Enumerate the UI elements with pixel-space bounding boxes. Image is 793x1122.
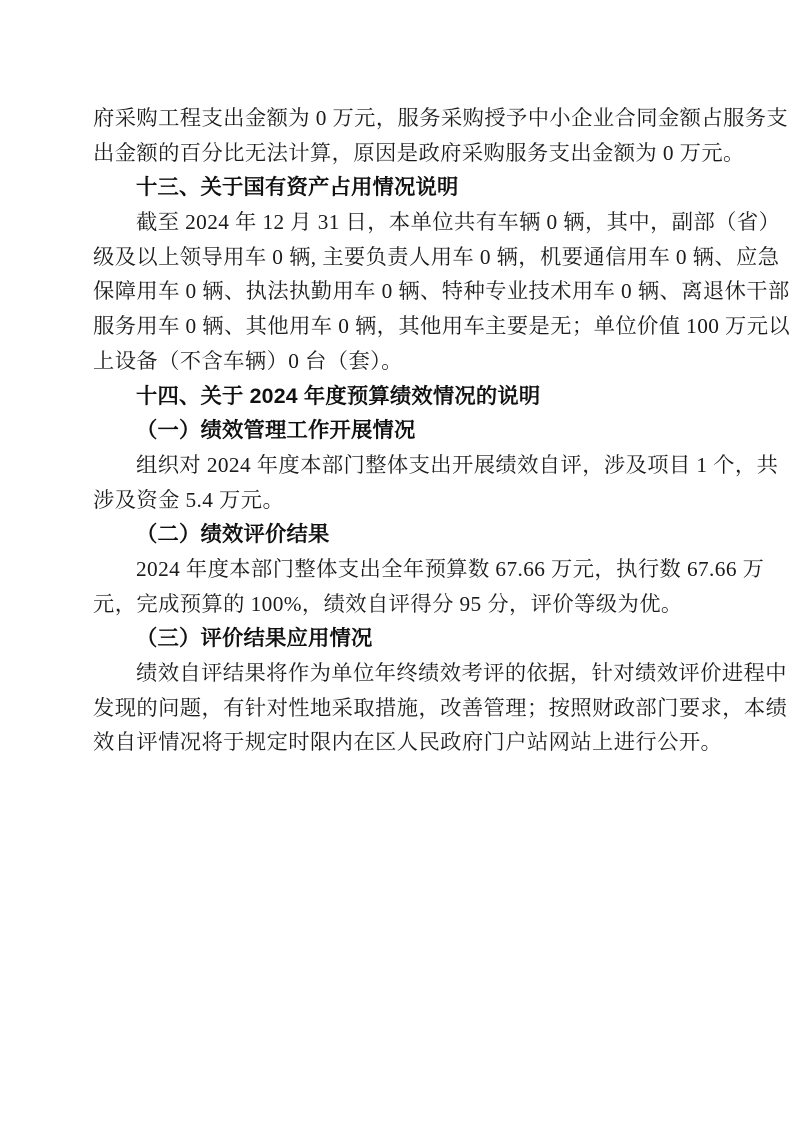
text-line: 组织对 2024 年度本部门整体支出开展绩效自评，涉及项目 1 个，共 xyxy=(93,448,707,483)
text-line: 保障用车 0 辆、执法执勤用车 0 辆、特种专业技术用车 0 辆、离退休干部 xyxy=(93,274,707,309)
text-line: 府采购工程支出金额为 0 万元，服务采购授予中小企业合同金额占服务支 xyxy=(93,101,707,136)
document-page: 府采购工程支出金额为 0 万元，服务采购授予中小企业合同金额占服务支出金额的百分… xyxy=(0,0,793,1122)
sub-heading: （一）绩效管理工作开展情况 xyxy=(93,413,707,448)
section-heading: 十四、关于 2024 年度预算绩效情况的说明 xyxy=(93,379,707,414)
text-line: 效自评情况将于规定时限内在区人民政府门户站网站上进行公开。 xyxy=(93,725,707,760)
text-line: 元，完成预算的 100%，绩效自评得分 95 分，评价等级为优。 xyxy=(93,587,707,622)
section-heading: 十三、关于国有资产占用情况说明 xyxy=(93,170,707,205)
text-line: 涉及资金 5.4 万元。 xyxy=(93,483,707,518)
text-line: 级及以上领导用车 0 辆, 主要负责人用车 0 辆，机要通信用车 0 辆、应急 xyxy=(93,240,707,275)
sub-heading: （三）评价结果应用情况 xyxy=(93,621,707,656)
text-line: 上设备（不含车辆）0 台（套）。 xyxy=(93,344,707,379)
text-line: 截至 2024 年 12 月 31 日，本单位共有车辆 0 辆，其中，副部（省） xyxy=(93,205,707,240)
text-line: 绩效自评结果将作为单位年终绩效考评的依据，针对绩效评价进程中 xyxy=(93,656,707,691)
document-content: 府采购工程支出金额为 0 万元，服务采购授予中小企业合同金额占服务支出金额的百分… xyxy=(93,101,707,760)
text-line: 发现的问题，有针对性地采取措施，改善管理；按照财政部门要求，本绩 xyxy=(93,691,707,726)
text-line: 服务用车 0 辆、其他用车 0 辆，其他用车主要是无；单位价值 100 万元以 xyxy=(93,309,707,344)
sub-heading: （二）绩效评价结果 xyxy=(93,517,707,552)
text-line: 出金额的百分比无法计算，原因是政府采购服务支出金额为 0 万元。 xyxy=(93,136,707,171)
text-line: 2024 年度本部门整体支出全年预算数 67.66 万元，执行数 67.66 万 xyxy=(93,552,707,587)
